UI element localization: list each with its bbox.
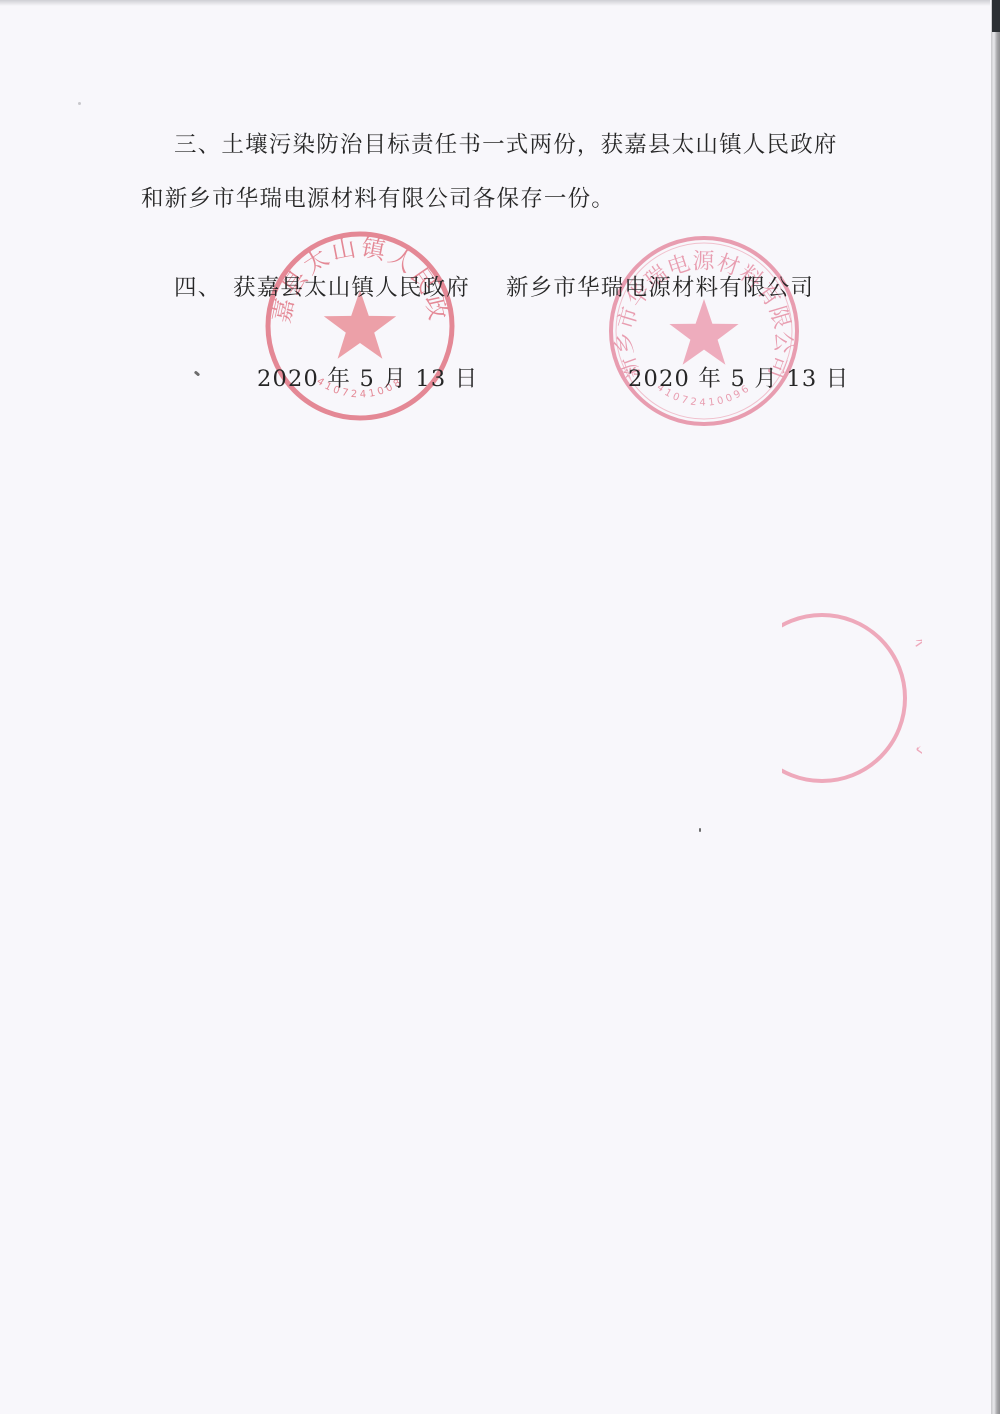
scan-top-shadow: [0, 0, 990, 6]
signatory-government: 获嘉县太山镇人民政府: [233, 273, 470, 303]
date-company: 2020 年 5 月 13 日: [628, 364, 849, 394]
svg-text:料有限公司: 料有限公司: [909, 630, 922, 766]
scan-corner-mark: [992, 0, 1000, 32]
company-seal: 新乡市华瑞电源材料有限公司 41072410096: [606, 233, 802, 429]
scan-speck: [699, 828, 701, 832]
partial-company-seal-edge: 料有限公司: [782, 612, 922, 784]
date-government: 2020 年 5 月 13 日: [257, 364, 478, 394]
section-4-label: 四、: [174, 273, 221, 303]
scan-speck: [194, 370, 201, 376]
government-seal: 获嘉县太山镇人民政府 4107241008: [262, 228, 458, 424]
scan-speck: [78, 102, 81, 105]
scan-right-border: [991, 0, 1000, 1414]
paragraph-3-line-1: 三、土壤污染防治目标责任书一式两份，获嘉县太山镇人民政府: [174, 130, 838, 160]
signatory-company: 新乡市华瑞电源材料有限公司: [506, 273, 814, 303]
paragraph-3-line-2: 和新乡市华瑞电源材料有限公司各保存一份。: [141, 184, 615, 214]
scanned-document-page: 获嘉县太山镇人民政府 4107241008 新乡市华瑞电源材料有限公司 4107…: [0, 0, 1000, 1414]
star-icon: [669, 299, 738, 365]
